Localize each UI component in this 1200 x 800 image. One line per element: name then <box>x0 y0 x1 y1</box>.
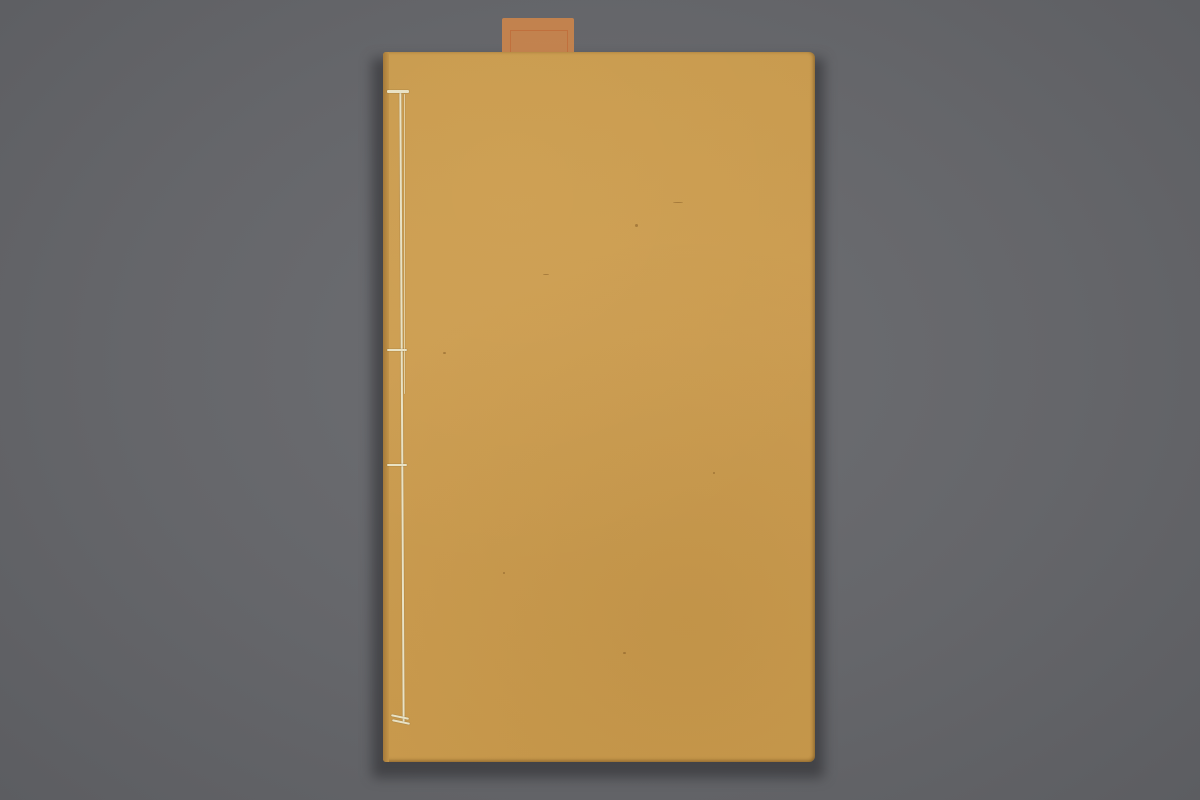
stitch-upper-middle <box>387 349 407 351</box>
paper-fleck <box>623 652 626 654</box>
paper-fleck <box>713 472 715 474</box>
paper-fleck <box>543 274 549 275</box>
spine-edge <box>383 52 389 762</box>
tab-label-box <box>510 30 568 54</box>
book-cover <box>383 52 815 762</box>
paper-fleck <box>673 202 683 203</box>
stitch-bottom-2 <box>392 719 410 725</box>
stitch-lower-middle <box>387 464 407 466</box>
paper-fleck <box>503 572 505 574</box>
stitch-top <box>387 90 409 93</box>
paper-fleck <box>443 352 446 354</box>
paper-fleck <box>635 224 638 227</box>
